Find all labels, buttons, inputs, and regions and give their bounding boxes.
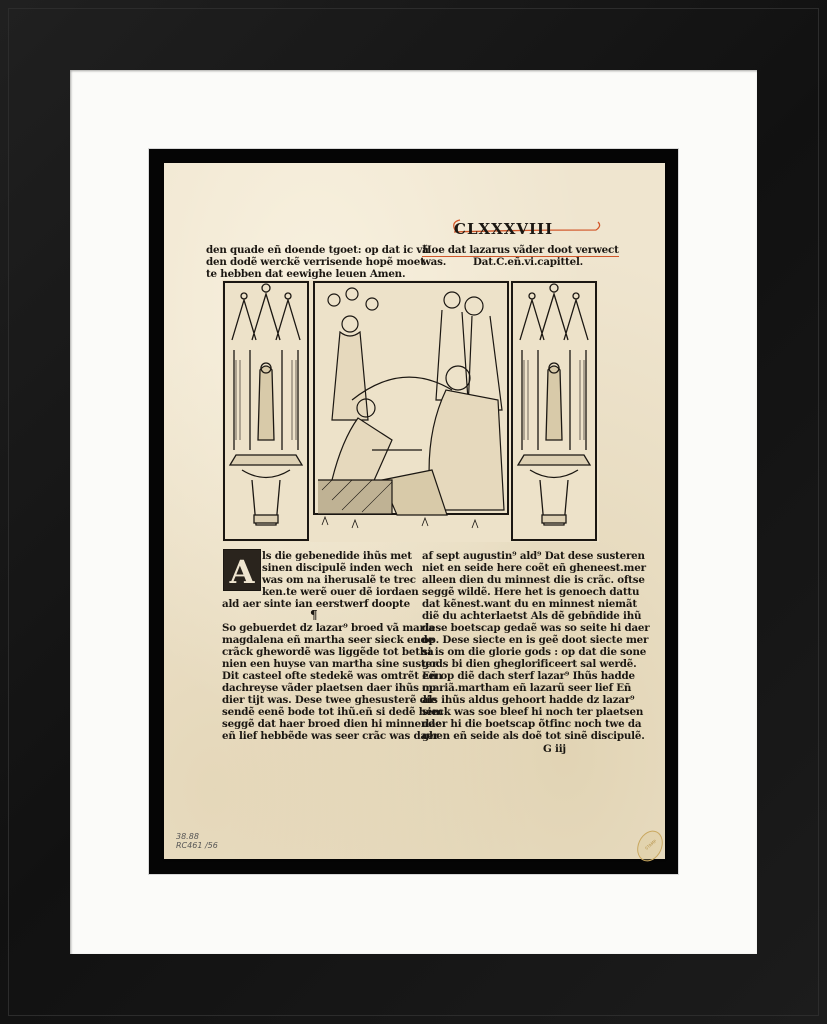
right-body-line-4: seggẽ wildẽ. Here het is genoech dattu [422,587,639,598]
right-body-line-6: diẽ du achterlaetst Als dẽ gebñdide ihũ [422,611,641,622]
pilcrow-mark: ¶ [310,608,318,622]
left-body-line-13: sendẽ eenẽ bode tot ihũ.eñ si dedẽ hem [222,707,443,718]
right-body-line-14: sieck was soe bleef hi noch ter plaetsen [422,707,643,718]
left-body-line-15: eñ lief hebbẽde was seer crãc was daer [222,731,439,742]
decorated-initial-a: A [223,549,261,591]
left-body-line-7: magdalena eñ martha seer sieck ende [222,635,434,646]
pencil-accession-number: 38.88 [176,832,199,841]
left-body-line-6: So gebuerdet dz lazar⁹ broed vã maria [222,623,435,634]
right-body-line-13: als ihũs aldus gehoort hadde dz lazar⁹ [422,695,634,706]
right-body-line-3: alleen dien du minnest die is crãc. ofts… [422,575,645,586]
chapter-number: Dat.C.eñ.vi.capittel. [473,257,583,268]
right-body-line-15: daer hi die boetscap õtfinc noch twe da [422,719,641,730]
left-body-line-2: sinen discipulẽ inden wech [262,563,413,574]
right-body-line-11: Eñ op diẽ dach sterf lazar⁹ Ihũs hadde [422,671,635,682]
right-body-line-9: si is om die glorie gods : op dat die so… [422,647,646,658]
right-body-line-1: af sept augustin⁹ ald⁹ Dat dese susteren [422,551,645,562]
signature-mark: G iij [543,744,566,755]
right-body-line-2: niet en seide here coẽt eñ gheneest.mer [422,563,646,574]
right-body-line-10: gods bi dien gheglorificeert sal werdẽ. [422,659,636,670]
text-line-top-left-3: te hebben dat eewighe leuen Amen. [206,269,405,280]
left-body-line-11: dachreyse vãder plaetsen daer ihũs op [222,683,436,694]
text-line-top-left-2: den dodẽ werckẽ verrisende hopẽ moet [206,257,425,268]
pencil-catalogue-number: RC461 /56 [176,841,218,850]
left-body-line-12: dier tijt was. Dese twee ghesusterẽ die [222,695,437,706]
left-body-line-3: was om na iherusalẽ te trec [262,575,416,586]
right-body-line-8: op. Dese siecte en is geẽ doot siecte me… [422,635,648,646]
right-body-line-12: mariã.martham eñ lazarũ seer lief Eñ [422,683,631,694]
left-body-line-10: Dit casteel ofte stedekẽ was omtrẽt een [222,671,442,682]
right-body-line-7: dese boetscap gedaẽ was so seite hi daer [422,623,650,634]
folio-number: CLXXXVIII [454,220,553,238]
chapter-heading-line-2: was. [422,257,446,268]
left-body-line-4: ken.te werẽ ouer dẽ iordaen [262,587,419,598]
right-body-line-16: ghen eñ seide als doẽ tot sinẽ discipulẽ… [422,731,645,742]
left-body-line-1: ls die gebenedide ihũs met [262,551,412,562]
text-line-top-left-1: den quade eñ doende tgoet: op dat ic vã [206,245,429,256]
left-body-line-14: seggẽ dat haer broed dien hi minnende [222,719,442,730]
right-body-line-5: dat kẽnest.want du en minnest niemãt [422,599,637,610]
woodcut-illustration [222,280,599,542]
left-body-line-8: crãck ghewordẽ was liggẽde tot betha [222,647,434,658]
left-body-line-9: nien een huyse van martha sine suster. [222,659,439,670]
